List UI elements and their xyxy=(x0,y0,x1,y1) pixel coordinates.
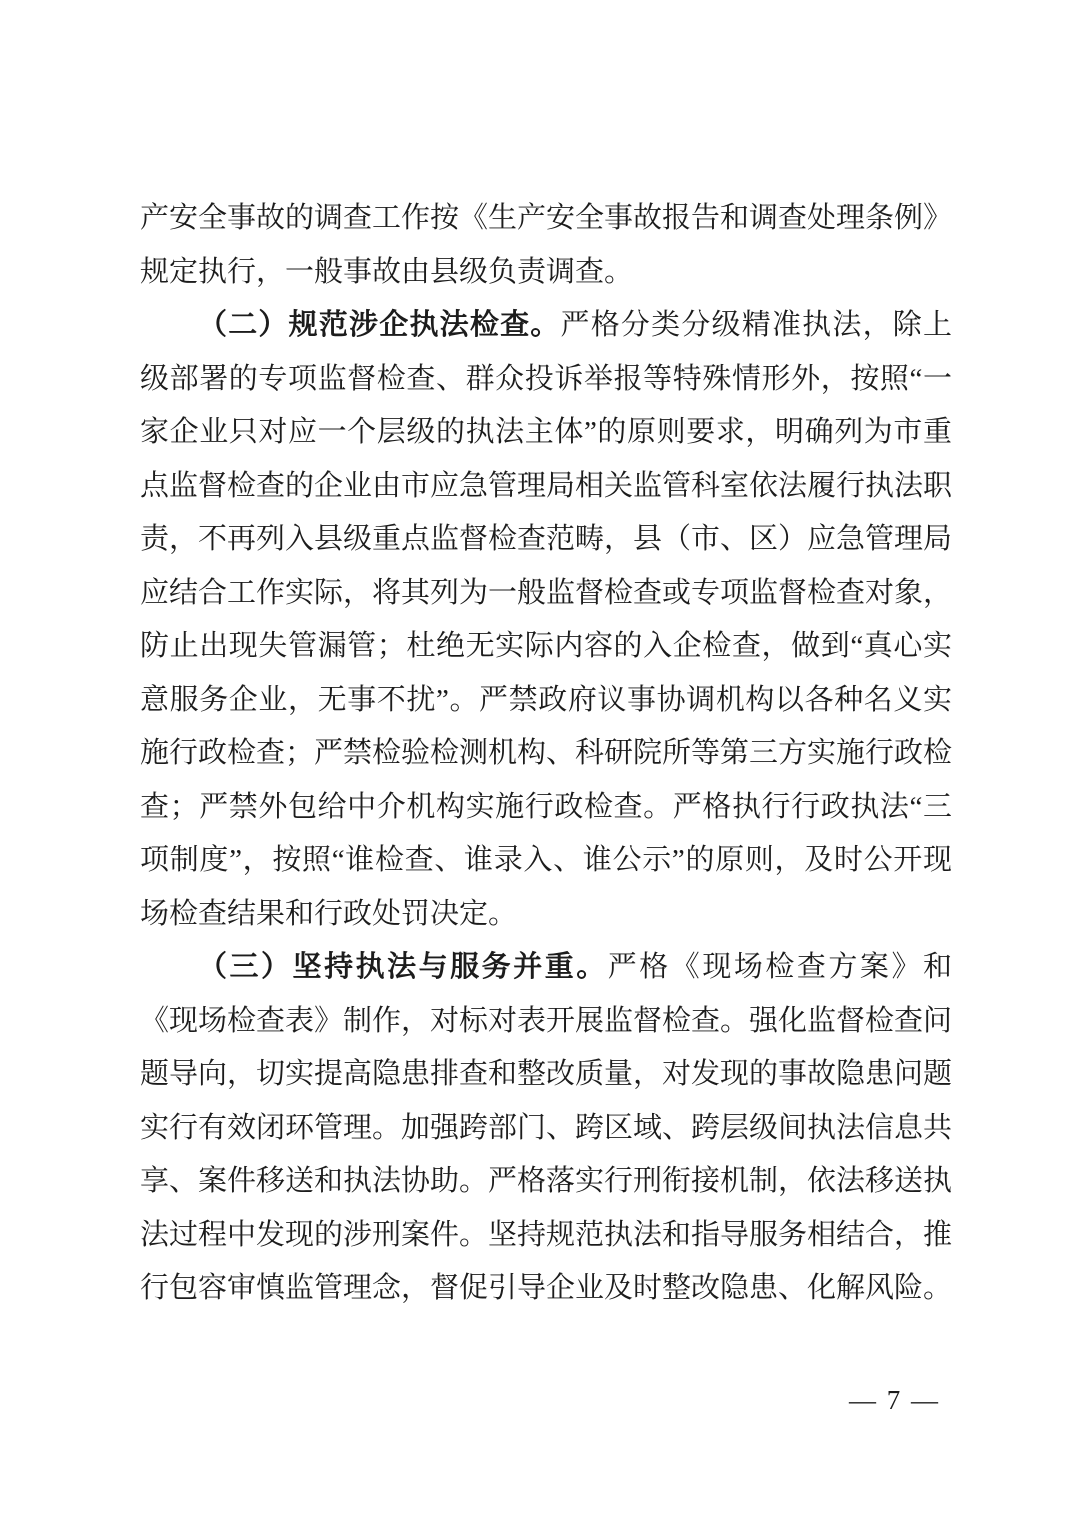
paragraph: （二）规范涉企执法检查。严格分类分级精准执法，除上级部署的专项监督检查、群众投诉… xyxy=(140,299,952,941)
paragraph-text: 产安全事故的调查工作按《生产安全事故报告和调查处理条例》规定执行，一般事故由县级… xyxy=(140,202,952,288)
paragraph: （三）坚持执法与服务并重。严格《现场检查方案》和《现场检查表》制作，对标对表开展… xyxy=(140,941,952,1316)
page-number: — 7 — xyxy=(849,1384,940,1416)
paragraph-text: 严格《现场检查方案》和《现场检查表》制作，对标对表开展监督检查。强化监督检查问题… xyxy=(140,951,952,1304)
document-page: 产安全事故的调查工作按《生产安全事故报告和调查处理条例》规定执行，一般事故由县级… xyxy=(0,0,1074,1520)
paragraph-lead: （三）坚持执法与服务并重。 xyxy=(198,951,608,983)
document-body: 产安全事故的调查工作按《生产安全事故报告和调查处理条例》规定执行，一般事故由县级… xyxy=(140,192,952,1316)
paragraph: 产安全事故的调查工作按《生产安全事故报告和调查处理条例》规定执行，一般事故由县级… xyxy=(140,192,952,299)
paragraph-lead: （二）规范涉企执法检查。 xyxy=(198,309,561,341)
paragraph-text: 严格分类分级精准执法，除上级部署的专项监督检查、群众投诉举报等特殊情形外，按照“… xyxy=(140,309,952,930)
